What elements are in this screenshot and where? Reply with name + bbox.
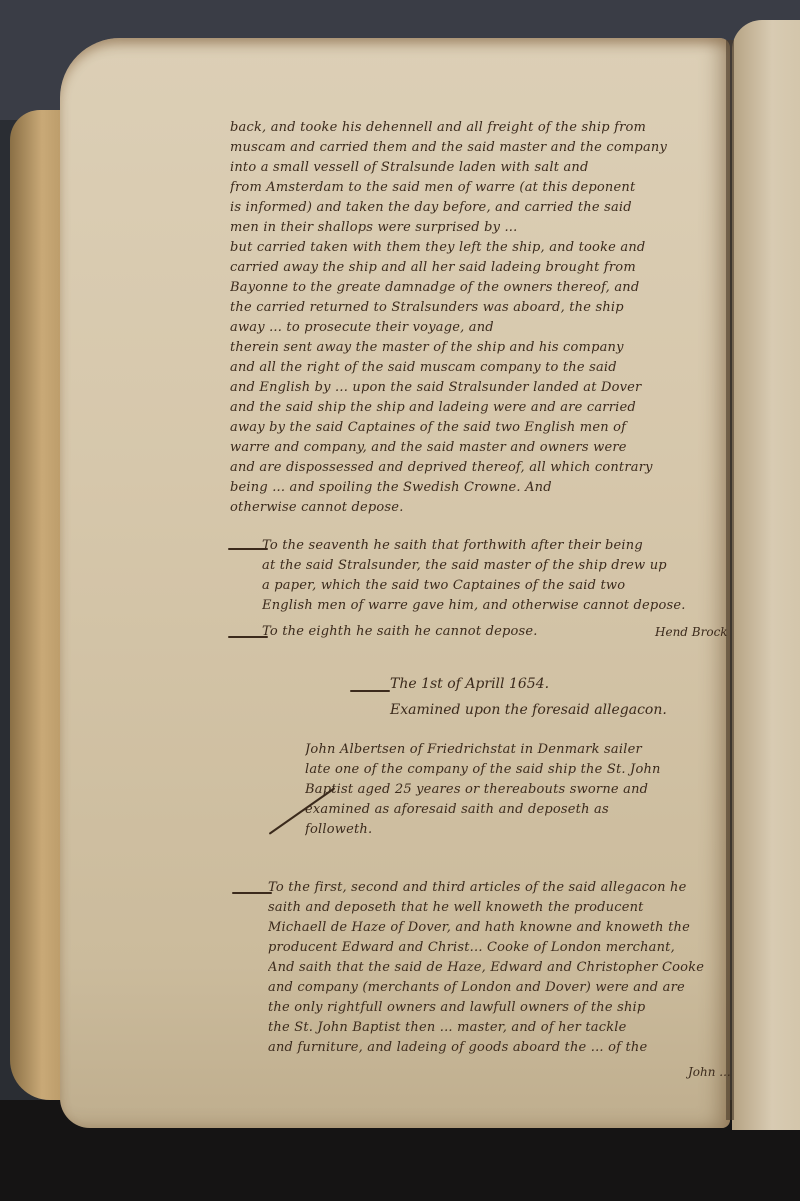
paragraph-4: To the first, second and third articles … <box>268 878 732 1058</box>
text-line: from Amsterdam to the said men of warre … <box>230 178 730 198</box>
text-line: late one of the company of the said ship… <box>305 760 730 780</box>
text-line: muscam and carried them and the said mas… <box>230 138 730 158</box>
text-line: producent Edward and Christ... Cooke of … <box>268 938 732 958</box>
text-line: and company (merchants of London and Dov… <box>268 978 732 998</box>
text-line: into a small vessell of Stralsunde laden… <box>230 158 730 178</box>
text-line: English men of warre gave him, and other… <box>262 596 732 616</box>
paragraph-1: back, and tooke his dehennell and all fr… <box>230 118 730 518</box>
text-line: men in their shallops were surprised by … <box>230 218 730 238</box>
text-line: is informed) and taken the day before, a… <box>230 198 730 218</box>
signature: Hend Brock <box>655 625 728 639</box>
paragraph-flourish <box>232 892 272 894</box>
subheading: Examined upon the foresaid allegacon. <box>390 702 667 718</box>
text-line: Michaell de Haze of Dover, and hath know… <box>268 918 732 938</box>
paragraph-3: To the eighth he saith he cannot depose. <box>262 622 622 642</box>
text-line: Baptist aged 25 yeares or thereabouts sw… <box>305 780 730 800</box>
text-line: warre and company, and the said master a… <box>230 438 730 458</box>
text-line: carried away the ship and all her said l… <box>230 258 730 278</box>
text-line: and all the right of the said muscam com… <box>230 358 730 378</box>
text-line: and are dispossessed and deprived thereo… <box>230 458 730 478</box>
text-line: saith and deposeth that he well knoweth … <box>268 898 732 918</box>
paragraph-2: To the seaventh he saith that forthwith … <box>262 536 732 616</box>
text-line: To the first, second and third articles … <box>268 878 732 898</box>
heading-flourish <box>350 690 390 692</box>
text-line: the St. John Baptist then ... master, an… <box>268 1018 732 1038</box>
text-line: a paper, which the said two Captaines of… <box>262 576 732 596</box>
text-line: and furniture, and ladeing of goods aboa… <box>268 1038 732 1058</box>
text-line: otherwise cannot depose. <box>230 498 730 518</box>
facing-page <box>732 20 800 1130</box>
text-line: To the eighth he saith he cannot depose. <box>262 622 622 642</box>
text-line: but carried taken with them they left th… <box>230 238 730 258</box>
text-line: and the said ship the ship and ladeing w… <box>230 398 730 418</box>
text-line: being ... and spoiling the Swedish Crown… <box>230 478 730 498</box>
text-line: John Albertsen of Friedrichstat in Denma… <box>305 740 730 760</box>
catchword: John ... <box>688 1065 731 1079</box>
text-line: at the said Stralsunder, the said master… <box>262 556 732 576</box>
deponent-intro: John Albertsen of Friedrichstat in Denma… <box>305 740 730 840</box>
text-line: back, and tooke his dehennell and all fr… <box>230 118 730 138</box>
text-line: And saith that the said de Haze, Edward … <box>268 958 732 978</box>
text-line: therein sent away the master of the ship… <box>230 338 730 358</box>
text-line: examined as aforesaid saith and deposeth… <box>305 800 730 820</box>
text-line: Bayonne to the greate damnadge of the ow… <box>230 278 730 298</box>
date-heading: The 1st of Aprill 1654. <box>390 676 549 692</box>
text-line: away ... to prosecute their voyage, and <box>230 318 730 338</box>
text-line: the only rightfull owners and lawfull ow… <box>268 998 732 1018</box>
text-line: and English by ... upon the said Stralsu… <box>230 378 730 398</box>
text-line: followeth. <box>305 820 730 840</box>
text-line: To the seaventh he saith that forthwith … <box>262 536 732 556</box>
text-line: away by the said Captaines of the said t… <box>230 418 730 438</box>
text-line: the carried returned to Stralsunders was… <box>230 298 730 318</box>
